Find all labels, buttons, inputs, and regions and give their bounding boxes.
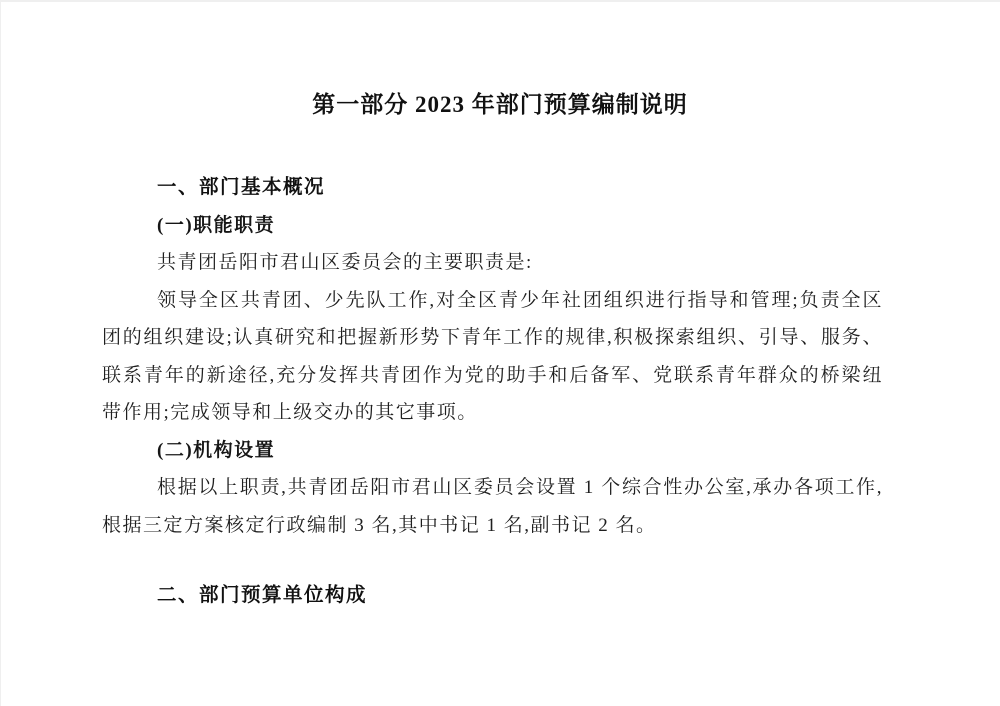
section-heading-budget-units: 二、部门预算单位构成 xyxy=(157,577,883,615)
document-title: 第一部分 2023 年部门预算编制说明 xyxy=(0,88,1000,122)
section-heading-overview: 一、部门基本概况 xyxy=(157,169,883,207)
paragraph-organization-detail: 根据以上职责,共青团岳阳市君山区委员会设置 1 个综合性办公室,承办各项工作,根… xyxy=(102,469,883,544)
paragraph-duties-intro: 共青团岳阳市君山区委员会的主要职责是: xyxy=(102,244,883,282)
paragraph-duties-detail: 领导全区共青团、少先队工作,对全区青少年社团组织进行指导和管理;负责全区团的组织… xyxy=(102,282,883,432)
subsection-heading-duties: (一)职能职责 xyxy=(157,207,883,245)
document-body: 一、部门基本概况 (一)职能职责 共青团岳阳市君山区委员会的主要职责是: 领导全… xyxy=(0,169,1000,615)
subsection-heading-organization: (二)机构设置 xyxy=(157,432,883,470)
document-page: 第一部分 2023 年部门预算编制说明 一、部门基本概况 (一)职能职责 共青团… xyxy=(0,0,1000,706)
